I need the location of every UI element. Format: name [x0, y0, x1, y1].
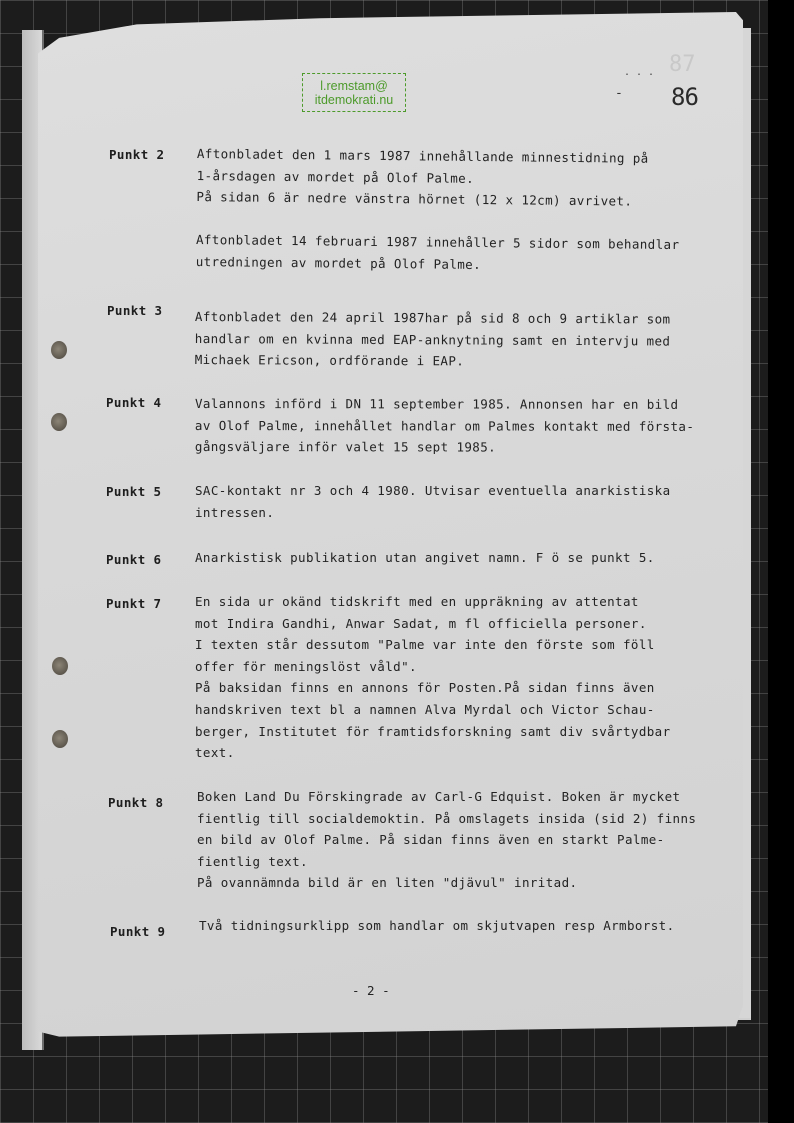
- item-label: Punkt 3: [107, 303, 162, 318]
- item-text-line: Aftonbladet den 24 april 1987har på sid …: [195, 306, 671, 330]
- watermark-stamp: l.remstam@ itdemokrati.nu: [302, 73, 406, 112]
- page-footer: - 2 -: [352, 983, 390, 998]
- item-label: Punkt 6: [106, 552, 161, 567]
- item-label: Punkt 4: [106, 395, 161, 410]
- page-number: 86: [671, 83, 698, 111]
- item-body: Aftonbladet den 1 mars 1987 innehållande…: [196, 143, 681, 278]
- item-text-line: handskriven text bl a namnen Alva Myrdal…: [195, 699, 671, 721]
- item-text-line: SAC-kontakt nr 3 och 4 1980. Utvisar eve…: [195, 480, 671, 502]
- item-body: Aftonbladet den 24 april 1987har på sid …: [195, 306, 671, 373]
- item-body: En sida ur okänd tidskrift med en uppräk…: [195, 591, 671, 764]
- punch-hole: [51, 413, 67, 431]
- item-text-line: offer för meningslöst våld".: [195, 656, 671, 678]
- item-label: Punkt 8: [108, 795, 163, 810]
- item-text-line: intressen.: [195, 502, 671, 524]
- item-text-line: av Olof Palme, innehållet handlar om Pal…: [195, 415, 694, 437]
- dots-mark: ...: [624, 67, 660, 78]
- item-body: Boken Land Du Förskingrade av Carl-G Edq…: [197, 786, 696, 894]
- item-text-line: Anarkistisk publikation utan angivet nam…: [195, 547, 655, 569]
- item-text-line: en bild av Olof Palme. På sidan finns äv…: [197, 829, 696, 851]
- item-text-line: Valannons införd i DN 11 september 1985.…: [195, 393, 694, 415]
- punch-hole: [52, 657, 68, 675]
- item-text-line: gångsväljare inför valet 15 sept 1985.: [195, 436, 694, 458]
- dash-mark: -: [615, 86, 623, 101]
- item-text-line: På ovannämnda bild är en liten "djävul" …: [197, 872, 696, 894]
- item-text-line: Michaek Ericson, ordförande i EAP.: [195, 349, 671, 373]
- item-body: Anarkistisk publikation utan angivet nam…: [195, 547, 655, 569]
- item-text-line: handlar om en kvinna med EAP-anknytning …: [195, 328, 671, 352]
- item-body: Valannons införd i DN 11 september 1985.…: [195, 393, 694, 459]
- stamp-line-1: l.remstam@: [303, 79, 405, 93]
- item-text-line: Boken Land Du Förskingrade av Carl-G Edq…: [197, 786, 696, 808]
- item-text-line: I texten står dessutom "Palme var inte d…: [195, 634, 671, 656]
- item-text-line: mot Indira Gandhi, Anwar Sadat, m fl off…: [195, 613, 671, 635]
- punch-hole: [51, 341, 67, 359]
- faint-page-number: 87: [669, 52, 696, 77]
- item-label: Punkt 2: [109, 147, 164, 162]
- item-text-line: fientlig text.: [197, 851, 696, 873]
- item-text-line: På baksidan finns en annons för Posten.P…: [195, 677, 671, 699]
- item-text-line: Två tidningsurklipp som handlar om skjut…: [199, 915, 675, 937]
- item-text-line: fientlig till socialdemoktin. På omslage…: [197, 808, 696, 830]
- stamp-line-2: itdemokrati.nu: [303, 93, 405, 107]
- item-label: Punkt 7: [106, 596, 161, 611]
- item-body: Två tidningsurklipp som handlar om skjut…: [199, 915, 675, 937]
- item-label: Punkt 5: [106, 484, 161, 499]
- item-body: SAC-kontakt nr 3 och 4 1980. Utvisar eve…: [195, 480, 671, 523]
- punch-hole: [52, 730, 68, 748]
- item-label: Punkt 9: [110, 924, 165, 939]
- item-text-line: En sida ur okänd tidskrift med en uppräk…: [195, 591, 671, 613]
- item-text-line: berger, Institutet för framtidsforskning…: [195, 721, 671, 743]
- item-text-line: text.: [195, 742, 671, 764]
